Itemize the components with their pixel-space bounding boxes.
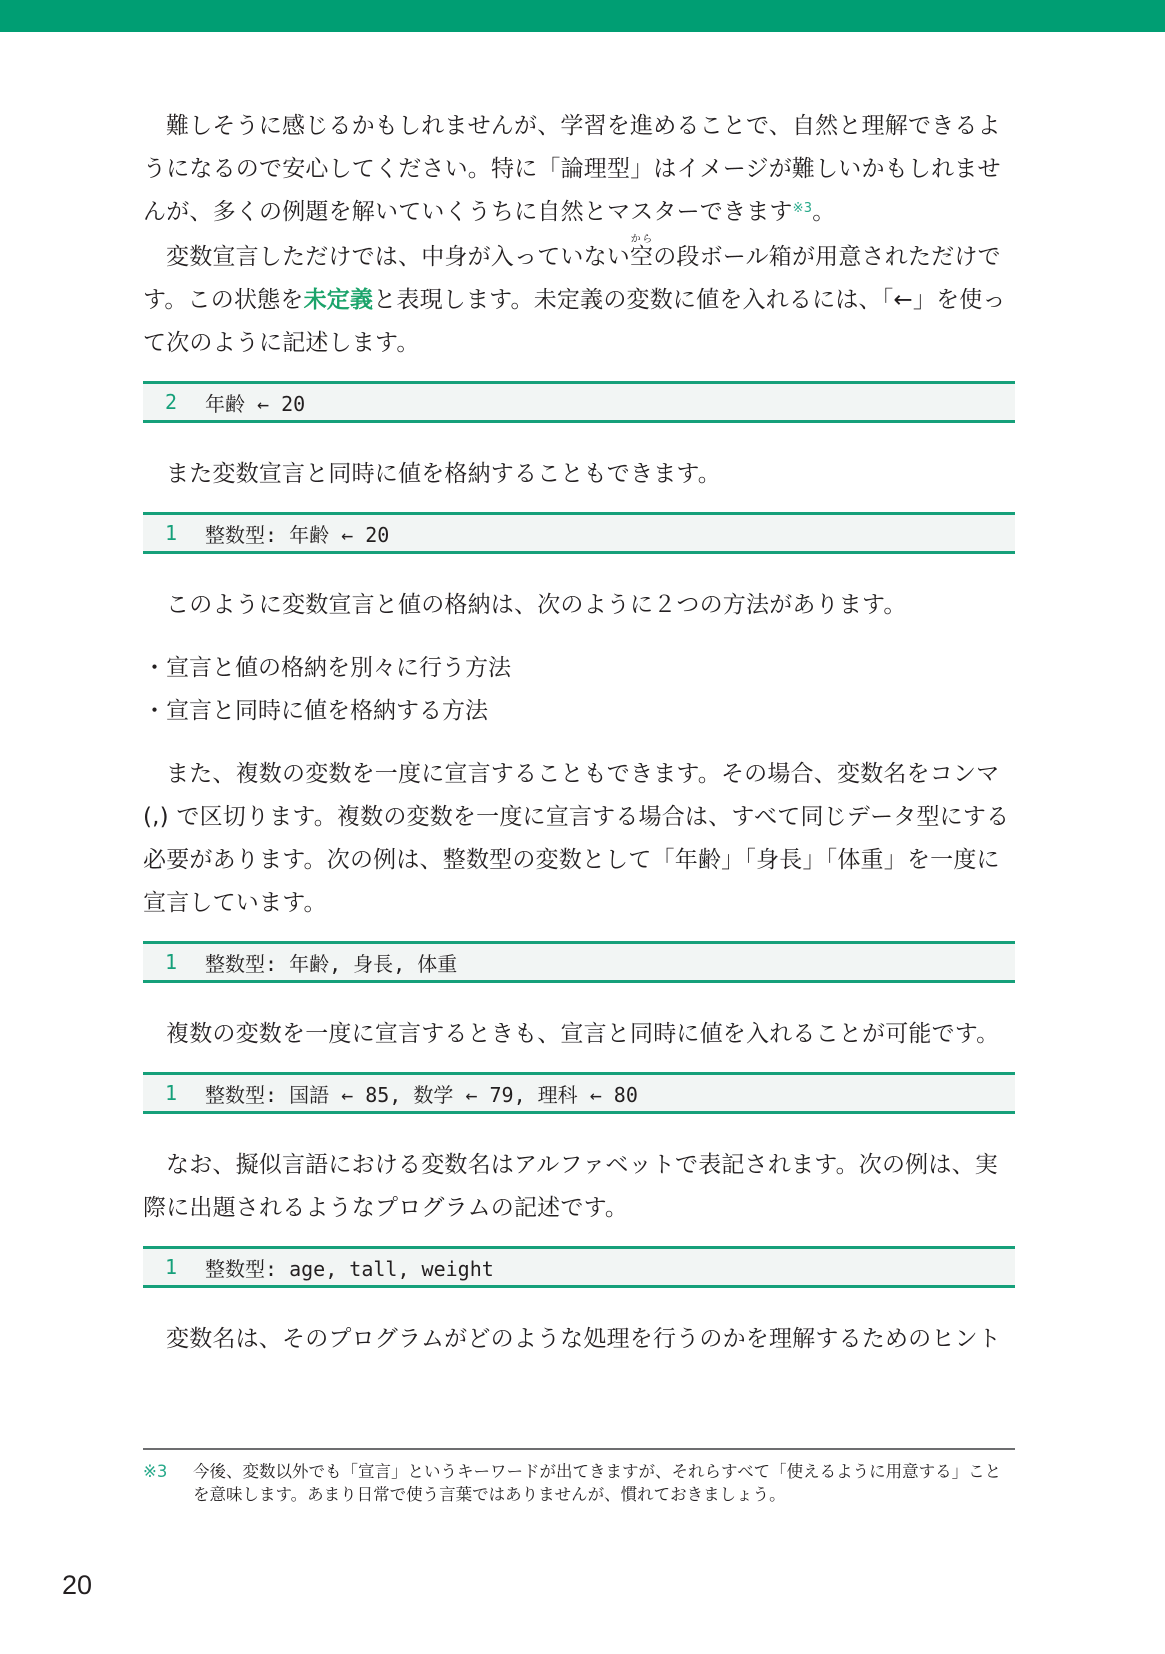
paragraph: 変数名は、そのプログラムがどのような処理を行うのかを理解するためのヒント	[143, 1318, 1015, 1361]
code-text: 整数型: 国語 ← 85, 数学 ← 79, 理科 ← 80	[205, 1079, 638, 1108]
bullet-list: ・宣言と値の格納を別々に行う方法 ・宣言と同時に値を格納する方法	[143, 647, 1015, 733]
code-text: 整数型: 年齢 ← 20	[205, 519, 389, 548]
paragraph: また変数宣言と同時に値を格納することもできます。	[143, 453, 1015, 496]
bullet-icon: ・	[143, 647, 166, 690]
code-block: 1 整数型: 年齢 ← 20	[143, 512, 1015, 554]
list-item-text: 宣言と同時に値を格納する方法	[166, 698, 488, 724]
paragraph-text: 。	[812, 199, 835, 225]
code-text: 整数型: 年齢, 身長, 体重	[205, 948, 457, 977]
footnote: ※3 今後、変数以外でも「宣言」というキーワードが出てきますが、それらすべて「使…	[143, 1460, 1015, 1506]
paragraph-undefined: 変数宣言しただけでは、中身が入っていない空からの段ボール箱が用意されただけです。…	[143, 234, 1015, 365]
line-number: 1	[143, 521, 205, 545]
code-text: 年齢 ← 20	[205, 388, 305, 417]
page-number: 20	[62, 1570, 92, 1601]
paragraph-text: 難しそうに感じるかもしれませんが、学習を進めることで、自然と理解できるようになる…	[143, 113, 1001, 225]
code-text: 整数型: age, tall, weight	[205, 1253, 494, 1282]
paragraph: このように変数宣言と値の格納は、次のように２つの方法があります。	[143, 584, 1015, 627]
paragraph: なお、擬似言語における変数名はアルファベットで表記されます。次の例は、実際に出題…	[143, 1144, 1015, 1230]
footnote-text: 今後、変数以外でも「宣言」というキーワードが出てきますが、それらすべて「使えるよ…	[193, 1460, 1015, 1506]
paragraph-intro: 難しそうに感じるかもしれませんが、学習を進めることで、自然と理解できるようになる…	[143, 105, 1015, 234]
code-block: 1 整数型: age, tall, weight	[143, 1246, 1015, 1288]
code-block: 1 整数型: 年齢, 身長, 体重	[143, 941, 1015, 983]
ruby-base: 空	[630, 244, 653, 270]
ruby-text: から	[630, 234, 653, 245]
list-item-text: 宣言と値の格納を別々に行う方法	[166, 655, 511, 681]
line-number: 1	[143, 1081, 205, 1105]
header-accent-bar	[0, 0, 1165, 32]
paragraph-text: 変数宣言しただけでは、中身が入っていない	[166, 244, 630, 270]
line-number: 1	[143, 1255, 205, 1279]
ruby-annotation: 空から	[630, 244, 653, 270]
footnote-reference[interactable]: ※3	[793, 201, 813, 216]
page-body: 難しそうに感じるかもしれませんが、学習を進めることで、自然と理解できるようになる…	[143, 105, 1015, 1361]
bullet-icon: ・	[143, 690, 166, 733]
paragraph: 複数の変数を一度に宣言するときも、宣言と同時に値を入れることが可能です。	[143, 1013, 1015, 1056]
list-item: ・宣言と同時に値を格納する方法	[143, 690, 1015, 733]
list-item: ・宣言と値の格納を別々に行う方法	[143, 647, 1015, 690]
footnote-divider	[143, 1448, 1015, 1450]
paragraph: また、複数の変数を一度に宣言することもできます。その場合、変数名をコンマ(,) …	[143, 753, 1015, 925]
footnote-mark: ※3	[143, 1460, 193, 1506]
code-block: 1 整数型: 国語 ← 85, 数学 ← 79, 理科 ← 80	[143, 1072, 1015, 1114]
line-number: 1	[143, 950, 205, 974]
keyword-emphasis: 未定義	[304, 287, 374, 313]
line-number: 2	[143, 390, 205, 414]
code-block: 2 年齢 ← 20	[143, 381, 1015, 423]
